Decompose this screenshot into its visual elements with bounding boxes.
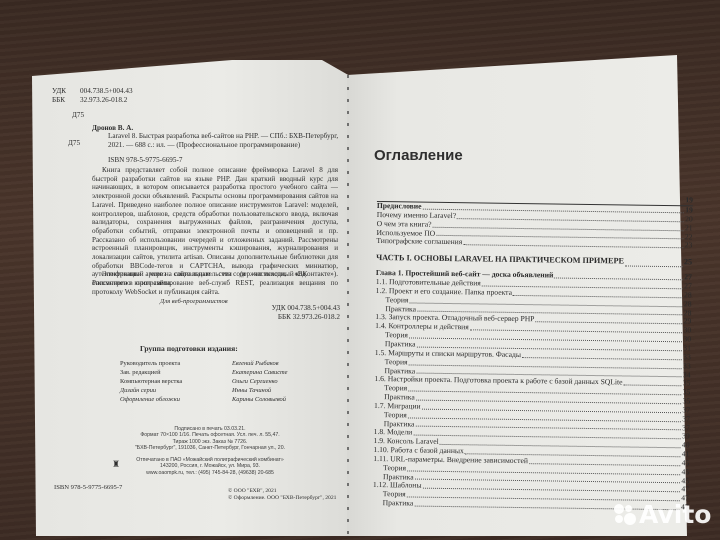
toc-leader-dots — [625, 266, 683, 268]
team-member-name: Ольги Сергиенко — [232, 377, 278, 386]
udk-bbk-block: УДК004.738.5+004.43 ББК32.973.26-018.2 — [52, 87, 133, 104]
print-info-line: "БХВ-Петербург", 191036, Санкт-Петербург… — [120, 445, 300, 451]
team-role: Оформление обложки — [120, 395, 232, 404]
toc-leader-dots — [463, 244, 684, 248]
table-of-contents: 19Предисловие19Почему именно Laravel?20О… — [373, 196, 693, 512]
udk-right: УДК 004.738.5+004.43 — [250, 304, 340, 313]
team-member: Дизайн серииИнны Тачиной — [120, 386, 340, 395]
avito-watermark: Avito — [614, 500, 711, 529]
author-code: Д75 — [72, 111, 84, 120]
bbk-label: ББК — [52, 96, 74, 105]
toc-entry-title: Практика — [373, 499, 415, 508]
bbk-right: ББК 32.973.26-018.2 — [250, 313, 340, 322]
audience-note: Для веб-программистов — [160, 298, 228, 307]
printer-info-line: www.oaompk.ru, тел.: (495) 745-84-28, (4… — [120, 470, 300, 476]
team-role: Руководитель проекта — [120, 359, 232, 368]
team-member: Зав. редакциейЕкатерина Сависте — [120, 368, 340, 377]
team-member: Компьютерная версткаОльги Сергиенко — [120, 377, 340, 386]
team-member-name: Инны Тачиной — [232, 386, 271, 395]
toc-entry: ЧАСТЬ I. ОСНОВЫ LARAVEL НА ПРАКТИЧЕСКОМ … — [376, 251, 692, 269]
udk-label: УДК — [52, 87, 74, 96]
staple-spine — [347, 75, 349, 535]
bbk-value: 32.973.26-018.2 — [80, 96, 127, 105]
team-member-name: Екатерина Сависте — [232, 368, 288, 377]
bibliographic-description: Laravel 8. Быстрая разработка веб-сайтов… — [108, 132, 340, 149]
print-info: Подписано в печать 03.03.21.Формат 70×10… — [120, 426, 300, 452]
copyright: © ООО "БХВ", 2021 © Оформление. ООО "БХВ… — [228, 488, 336, 502]
toc-leader-dots — [624, 385, 682, 387]
toc-entry-page: 25 — [683, 255, 692, 269]
avito-text: Avito — [639, 500, 711, 529]
print-info-line: Формат 70×100 1/16. Печать офсетная. Усл… — [120, 432, 300, 438]
team-member: Оформление обложкиКарины Соловьевой — [120, 395, 340, 404]
archive-note: Электронный архив на сайте издательства … — [92, 270, 338, 287]
toc-entry-page: 23 — [684, 242, 693, 251]
toc-entry-title: Типографские соглашения — [376, 237, 463, 247]
printer-info: Отпечатано в ПАО «Можайский полиграфичес… — [120, 457, 300, 476]
copyright-line-1: © ООО "БХВ", 2021 — [228, 488, 336, 495]
team-member-name: Карины Соловьевой — [232, 395, 286, 404]
biblio-line-2: 2021. — 688 с.: ил. — (Профессиональное … — [108, 141, 340, 150]
team-list: Руководитель проектаЕвгений РыбаковЗав. … — [120, 359, 340, 404]
biblio-line-1: Laravel 8. Быстрая разработка веб-сайтов… — [108, 132, 340, 141]
toc-entry-page: 19 — [684, 196, 693, 205]
isbn: ISBN 978-5-9775-6695-7 — [108, 156, 182, 165]
team-member-name: Евгений Рыбаков — [232, 359, 279, 368]
author-code-side: Д75 — [68, 139, 80, 148]
team-title: Группа подготовки издания: — [140, 345, 238, 354]
team-role: Дизайн серии — [120, 386, 232, 395]
team-role: Компьютерная верстка — [120, 377, 232, 386]
team-member: Руководитель проектаЕвгений Рыбаков — [120, 359, 340, 368]
printer-logo-icon: ♜ — [112, 460, 120, 469]
copyright-line-2: © Оформление. ООО "БХВ-Петербург", 2021 — [228, 495, 336, 502]
udk-value: 004.738.5+004.43 — [80, 87, 133, 96]
isbn-bottom: ISBN 978-5-9775-6695-7 — [54, 484, 122, 493]
toc-entry-title: ЧАСТЬ I. ОСНОВЫ LARAVEL НА ПРАКТИЧЕСКОМ … — [376, 251, 625, 268]
udk-bbk-right: УДК 004.738.5+004.43 ББК 32.973.26-018.2 — [250, 304, 340, 321]
avito-logo-icon — [614, 504, 636, 526]
team-role: Зав. редакцией — [120, 368, 232, 377]
toc-title: Оглавление — [374, 147, 463, 164]
